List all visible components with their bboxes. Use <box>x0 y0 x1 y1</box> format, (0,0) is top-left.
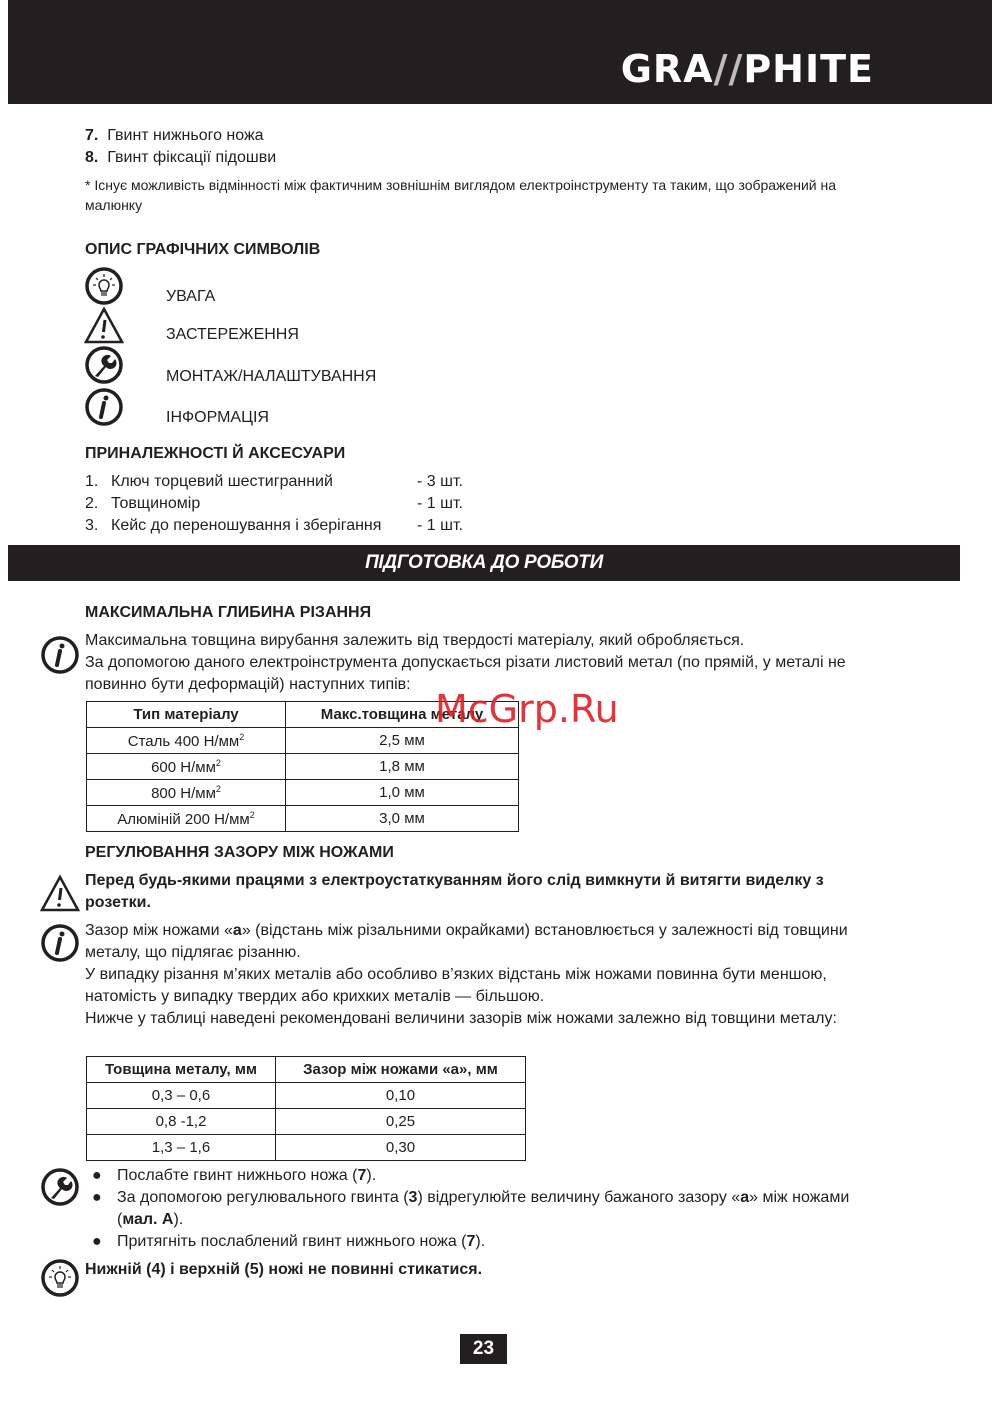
info-icon <box>40 635 80 675</box>
table-cell: 1,8 мм <box>286 754 519 780</box>
symbol-label-assembly: МОНТАЖ/НАЛАШТУВАННЯ <box>166 368 376 386</box>
lightbulb-icon <box>40 1258 80 1298</box>
gap-info-text-2: У випадку різання м’яких металів або осо… <box>85 964 882 1008</box>
table-header-cell: Тип матеріалу <box>87 702 286 728</box>
page-number: 23 <box>460 1334 507 1364</box>
section-title-bar: ПІДГОТОВКА ДО РОБОТИ <box>8 545 960 581</box>
gap-info-text-1: Зазор між ножами «а» (відстань між різал… <box>85 920 882 964</box>
gap-table: Товщина металу, мм Зазор між ножами «а»,… <box>86 1056 526 1161</box>
table-row: 0,8 -1,2 0,25 <box>87 1109 526 1135</box>
accessory-item: 1.Ключ торцевий шестигранний- 3 шт. <box>85 471 333 493</box>
gap-heading: РЕГУЛЮВАННЯ ЗАЗОРУ МІЖ НОЖАМИ <box>85 842 394 864</box>
gap-warning-text: Перед будь-якими працями з електроустатк… <box>85 870 882 914</box>
symbol-label-warning: ЗАСТЕРЕЖЕННЯ <box>166 326 299 344</box>
accessories-heading: ПРИНАЛЕЖНОСТІ Й АКСЕСУАРИ <box>85 443 345 465</box>
bullet-icon: ● <box>92 1187 102 1209</box>
parts-list-item: 8. Гвинт фіксації підошви <box>85 147 276 169</box>
note-text: Нижній (4) і верхній (5) ножі не повинні… <box>85 1259 482 1281</box>
gap-info-text-3: Нижче у таблиці наведені рекомендовані в… <box>85 1008 882 1030</box>
warning-triangle-icon <box>84 306 124 346</box>
table-row: 800 Н/мм2 1,0 мм <box>87 780 519 806</box>
bullet-icon: ● <box>92 1165 102 1187</box>
table-cell: 0,25 <box>276 1109 526 1135</box>
footnote: * Існує можливість відмінності між факти… <box>85 175 882 215</box>
table-cell: Сталь 400 Н/мм2 <box>87 728 286 754</box>
watermark: McGrp.Ru <box>435 685 619 733</box>
table-cell: 0,30 <box>276 1135 526 1161</box>
step-2: За допомогою регулювального гвинта (3) в… <box>117 1187 887 1231</box>
table-cell: 0,8 -1,2 <box>87 1109 276 1135</box>
symbol-label-info: ІНФОРМАЦІЯ <box>166 409 269 427</box>
step-3: Притягніть послаблений гвинт нижнього но… <box>117 1231 887 1253</box>
table-cell: Алюміній 200 Н/мм2 <box>87 806 286 832</box>
table-cell: 800 Н/мм2 <box>87 780 286 806</box>
lightbulb-icon <box>84 266 124 306</box>
table-cell: 0,3 – 0,6 <box>87 1083 276 1109</box>
wrench-icon <box>40 1167 80 1207</box>
bullet-icon: ● <box>92 1231 102 1253</box>
info-icon <box>40 923 80 963</box>
accessory-item: 2.Товщиномір- 1 шт. <box>85 493 200 515</box>
accessory-item: 3.Кейс до переношування і зберігання- 1 … <box>85 515 381 537</box>
parts-list-item: 7. Гвинт нижнього ножа <box>85 125 264 147</box>
table-header-cell: Зазор між ножами «а», мм <box>276 1057 526 1083</box>
wrench-icon <box>84 345 124 385</box>
table-cell: 0,10 <box>276 1083 526 1109</box>
table-cell: 3,0 мм <box>286 806 519 832</box>
table-cell: 600 Н/мм2 <box>87 754 286 780</box>
table-cell: 1,3 – 1,6 <box>87 1135 276 1161</box>
table-row: 1,3 – 1,6 0,30 <box>87 1135 526 1161</box>
max-depth-heading: МАКСИМАЛЬНА ГЛИБИНА РІЗАННЯ <box>85 602 371 624</box>
table-row: 0,3 – 0,6 0,10 <box>87 1083 526 1109</box>
symbol-label-attention: УВАГА <box>166 288 215 306</box>
warning-triangle-icon <box>40 874 80 914</box>
brand-logo: GRA//PHITE <box>621 50 874 88</box>
table-header-row: Товщина металу, мм Зазор між ножами «а»,… <box>87 1057 526 1083</box>
symbols-heading: ОПИС ГРАФІЧНИХ СИМВОЛІВ <box>85 239 320 261</box>
header-bar: GRA//PHITE <box>8 0 992 104</box>
info-icon <box>84 387 124 427</box>
max-depth-text-1: Максимальна товщина вирубання залежить в… <box>85 630 882 652</box>
table-row: Алюміній 200 Н/мм2 3,0 мм <box>87 806 519 832</box>
step-1: Послабте гвинт нижнього ножа (7). <box>117 1165 887 1187</box>
table-header-cell: Товщина металу, мм <box>87 1057 276 1083</box>
table-cell: 1,0 мм <box>286 780 519 806</box>
table-row: 600 Н/мм2 1,8 мм <box>87 754 519 780</box>
